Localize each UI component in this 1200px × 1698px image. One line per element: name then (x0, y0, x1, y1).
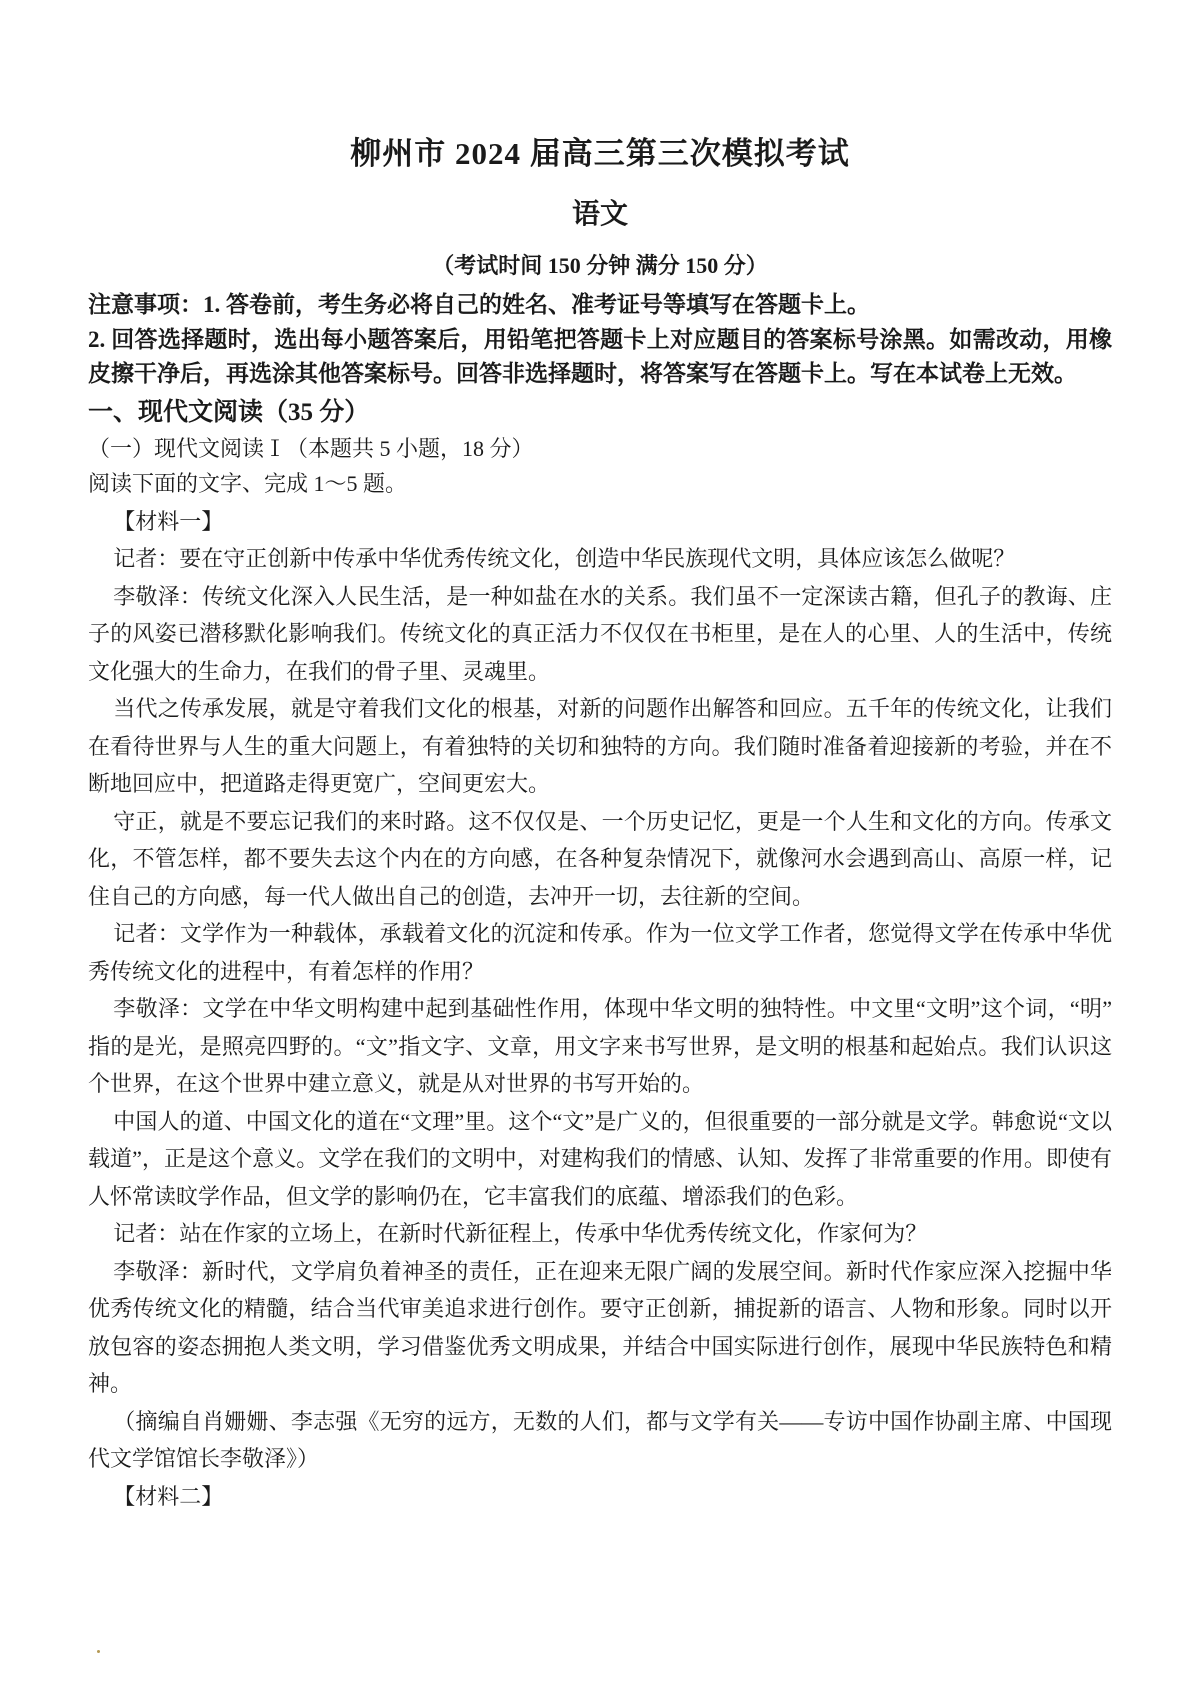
scan-artifact-dot (97, 1650, 100, 1653)
material-two-label: 【材料二】 (88, 1478, 1112, 1516)
exam-time-score-info: （考试时间 150 分钟 满分 150 分） (88, 252, 1112, 280)
material-one-paragraph: 当代之传承发展，就是守着我们文化的根基，对新的问题作出解答和回应。五千年的传统文… (88, 690, 1112, 803)
material-one-label: 【材料一】 (88, 503, 1112, 541)
material-one-paragraph: 中国人的道、中国文化的道在“文理”里。这个“文”是广义的，但很重要的一部分就是文… (88, 1103, 1112, 1216)
material-one-paragraph: 记者：文学作为一种载体，承载着文化的沉淀和传承。作为一位文学工作者，您觉得文学在… (88, 915, 1112, 990)
material-one-paragraph: 记者：站在作家的立场上，在新时代新征程上，传承中华优秀传统文化，作家何为？ (88, 1215, 1112, 1253)
material-one-source-citation: （摘编自肖姗姗、李志强《无穷的远方，无数的人们，都与文学有关——专访中国作协副主… (88, 1403, 1112, 1478)
exam-subject: 语文 (88, 199, 1112, 231)
material-one-block: 【材料一】 记者：要在守正创新中传承中华优秀传统文化，创造中华民族现代文明，具体… (88, 503, 1112, 1516)
notice-line-2: 2. 回答选择题时，选出每小题答案后，用铅笔把答题卡上对应题目的答案标号涂黑。如… (88, 323, 1112, 392)
notice-line-1: 注意事项：1. 答卷前，考生务必将自己的姓名、准考证号等填写在答题卡上。 (88, 288, 1112, 323)
material-one-paragraph: 记者：要在守正创新中传承中华优秀传统文化，创造中华民族现代文明，具体应该怎么做呢… (88, 540, 1112, 578)
exam-title: 柳州市 2024 届高三第三次模拟考试 (88, 136, 1112, 172)
section-heading-modern-reading: 一、现代文阅读（35 分） (88, 395, 1112, 431)
notice-block: 注意事项：1. 答卷前，考生务必将自己的姓名、准考证号等填写在答题卡上。 2. … (88, 288, 1112, 392)
material-one-paragraph: 李敬泽：新时代，文学肩负着神圣的责任，正在迎来无限广阔的发展空间。新时代作家应深… (88, 1253, 1112, 1403)
material-one-paragraph: 守正，就是不要忘记我们的来时路。这不仅仅是、一个历史记忆，更是一个人生和文化的方… (88, 803, 1112, 916)
exam-paper-page: 柳州市 2024 届高三第三次模拟考试 语文 （考试时间 150 分钟 满分 1… (0, 0, 1200, 1698)
subsection-heading-reading-1: （一）现代文阅读Ⅰ（本题共 5 小题，18 分） (88, 431, 1112, 466)
material-one-paragraph: 李敬泽：文学在中华文明构建中起到基础性作用，体现中华文明的独特性。中文里“文明”… (88, 990, 1112, 1103)
reading-instruction: 阅读下面的文字、完成 1～5 题。 (88, 466, 1112, 501)
material-one-paragraph: 李敬泽：传统文化深入人民生活，是一种如盐在水的关系。我们虽不一定深读古籍，但孔子… (88, 578, 1112, 691)
